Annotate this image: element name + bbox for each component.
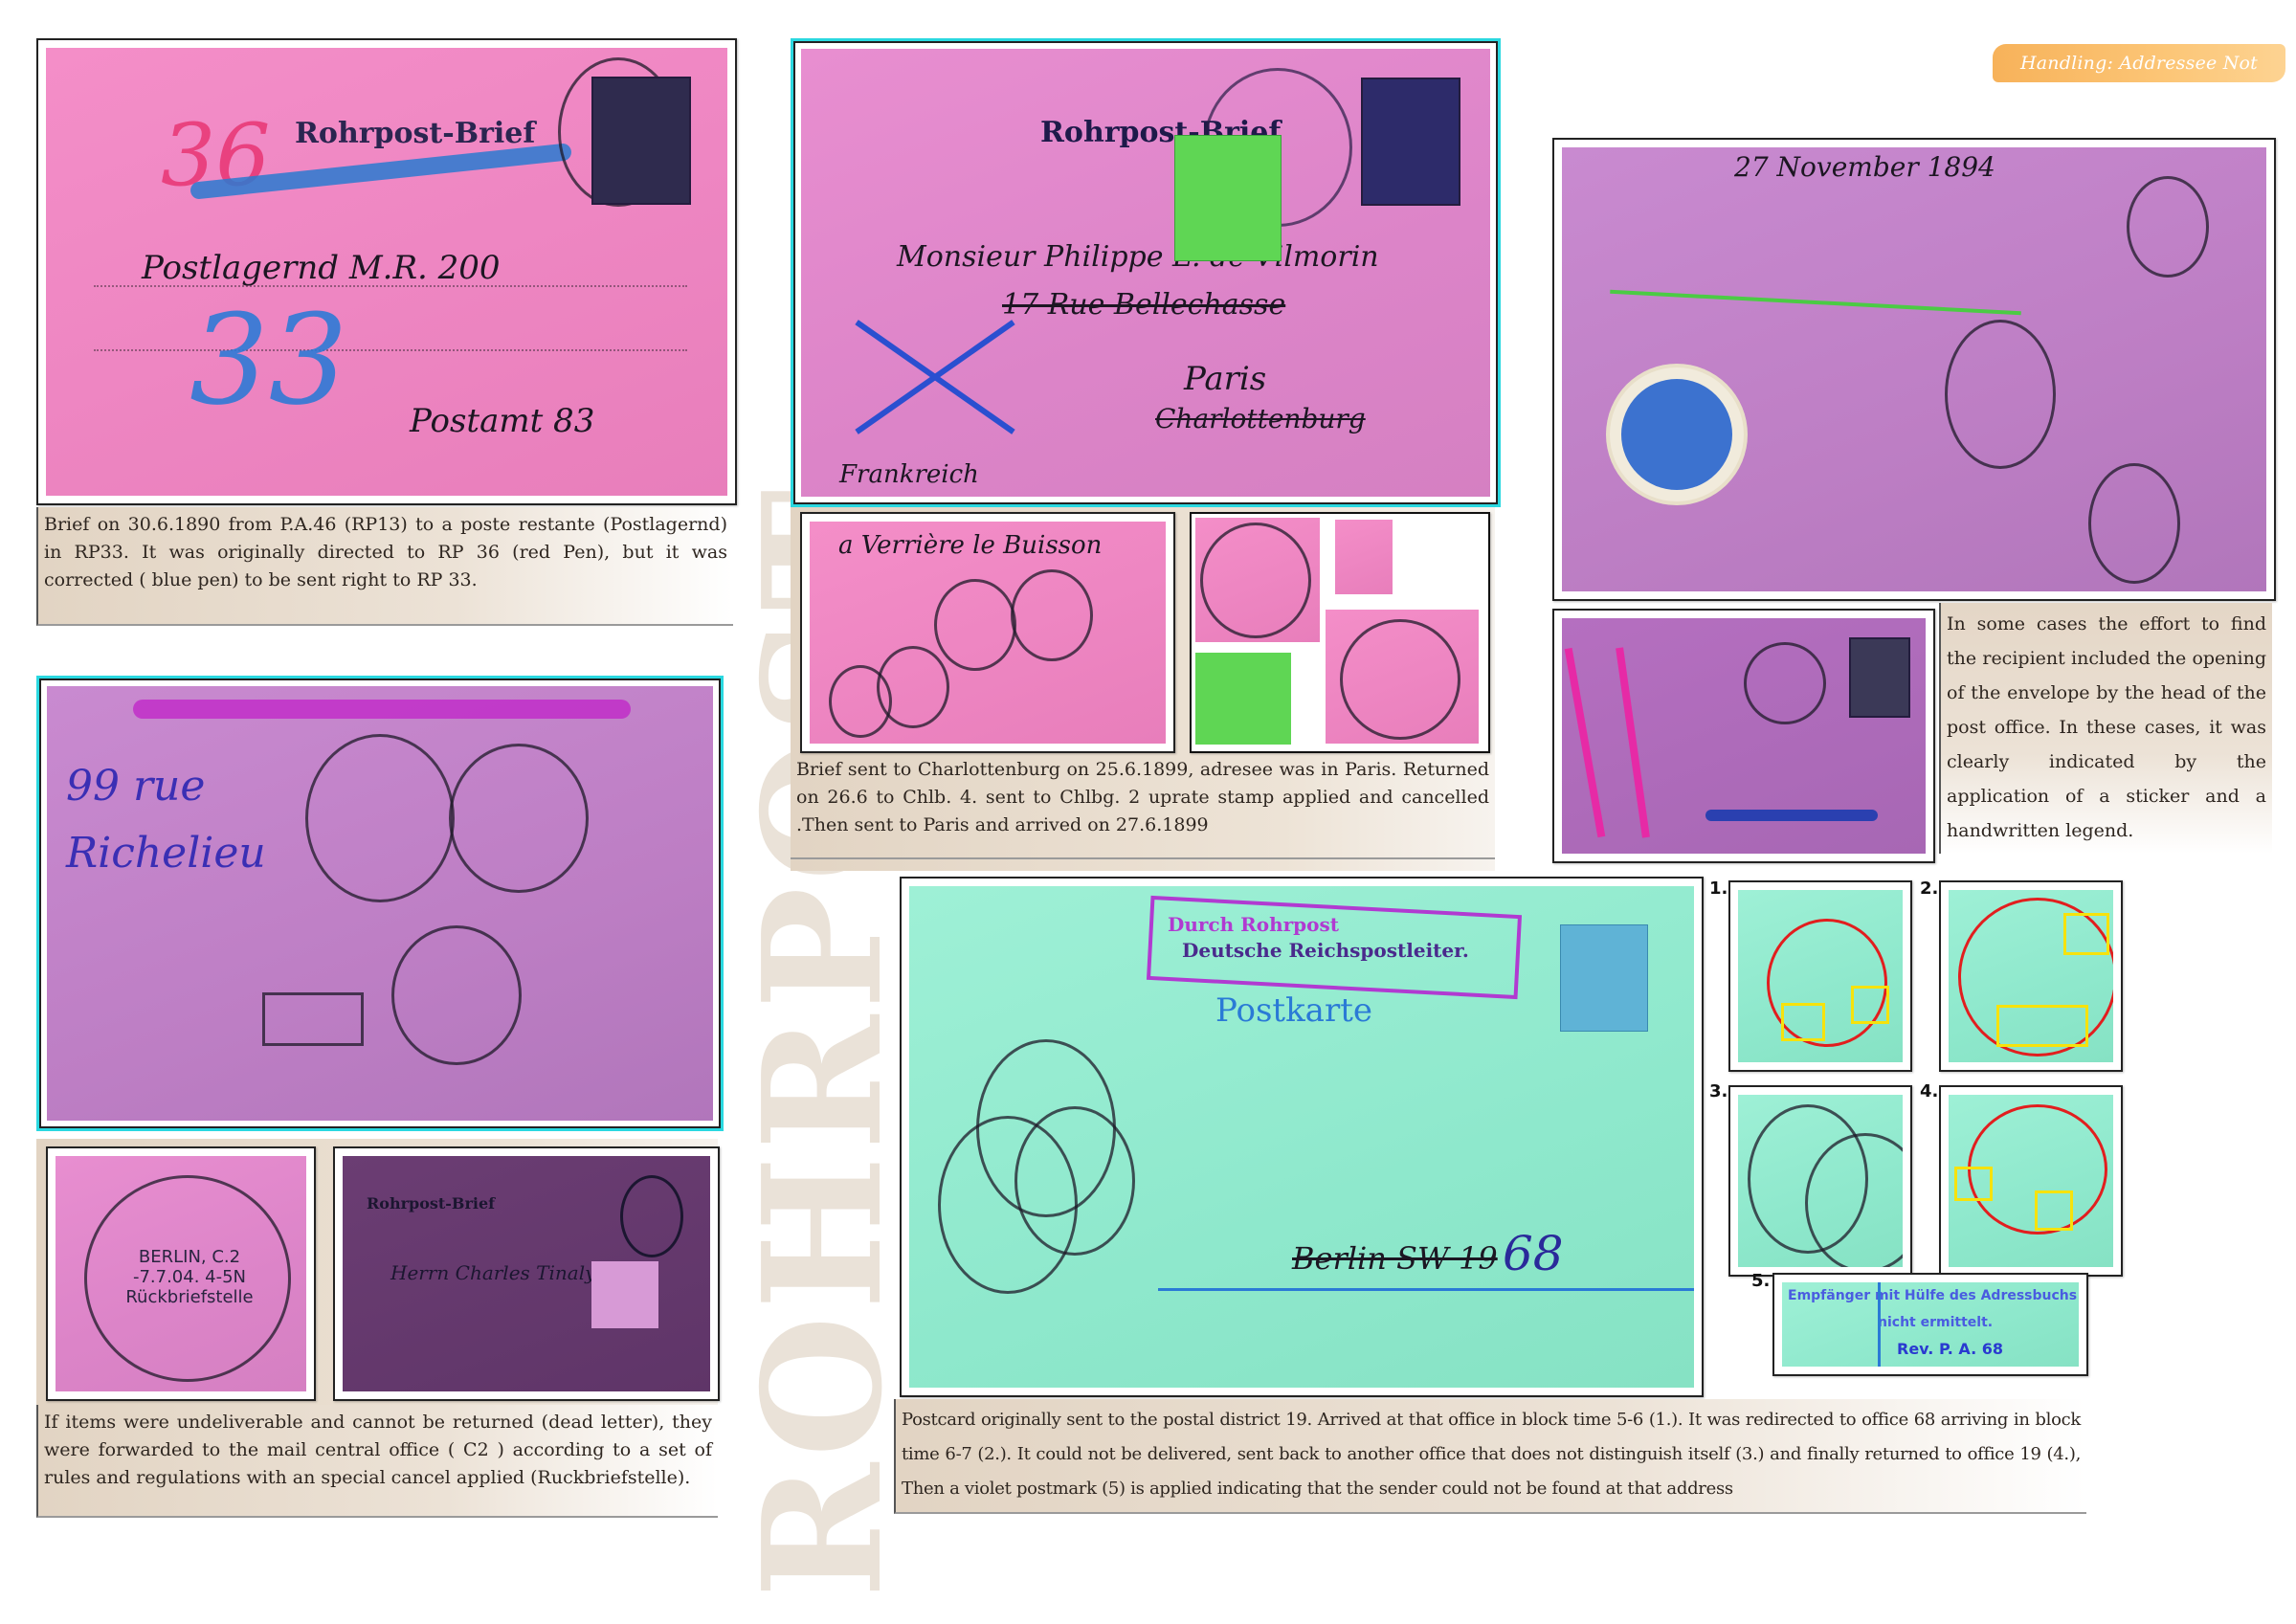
detail-label-1: 1.	[1709, 879, 1728, 899]
detail-label-5: 5.	[1751, 1271, 1770, 1291]
handwritten-address: Postlagernd M.R. 200	[142, 249, 501, 287]
dead-letter-front-frame: Rohrpost-Brief Herrn Charles Tinaly	[333, 1146, 720, 1401]
opened-envelope-front-frame	[1552, 609, 1935, 863]
handwritten-postamt: Postamt 83	[410, 402, 594, 440]
envelope-heading: Rohrpost-Brief	[367, 1194, 495, 1212]
detail-label-4: 4.	[1920, 1081, 1938, 1101]
detail-2-frame	[1939, 880, 2123, 1072]
envelope-1890-image: Rohrpost-Brief 36 Postlagernd M.R. 200 3…	[46, 48, 727, 496]
cachet-line-2: Deutsche Reichspostleiter.	[1182, 939, 1469, 962]
handwritten-blue-33: 33	[189, 287, 347, 433]
envelope-1890-frame: Rohrpost-Brief 36 Postlagernd M.R. 200 3…	[36, 38, 737, 505]
caption-brief-1890: Brief on 30.6.1890 from P.A.46 (RP13) to…	[36, 507, 733, 626]
detail-4-frame	[1939, 1085, 2123, 1277]
caption-dead-letter: If items were undeliverable and cannot b…	[36, 1405, 718, 1518]
handwritten-address: Berlin SW 19	[1292, 1240, 1498, 1277]
detail-label-2: 2.	[1920, 879, 1938, 899]
ruckbriefstelle-detail-frame: BERLIN, C.2 -7.7.04. 4-5N Rückbriefstell…	[46, 1146, 316, 1401]
handwritten-addressee: Herrn Charles Tinaly	[390, 1261, 595, 1284]
official-opening-seal	[1610, 367, 1744, 501]
nine-ten-mark-detail	[1335, 520, 1393, 594]
paris-postmark-detail	[1326, 610, 1479, 744]
ruckbriefstelle-postmark-text: BERLIN, C.2 -7.7.04. 4-5N Rückbriefstell…	[113, 1247, 266, 1307]
handwritten-charlottenburg: Charlottenburg	[1155, 403, 1366, 434]
berlin-c-postmark	[305, 734, 455, 902]
caption-postcard: Postcard originally sent to the postal d…	[894, 1399, 2086, 1514]
caption-opened-envelope: In some cases the effort to find the rec…	[1939, 603, 2272, 854]
handwritten-legend: 27 November 1894	[1734, 151, 1995, 183]
green-uprate-stamp	[1174, 135, 1282, 261]
handwritten-addressee: Monsieur Philippe L. de Vilmorin	[897, 240, 1379, 274]
ruckbriefstelle-postmark	[449, 744, 589, 893]
green-stamp-detail	[1195, 653, 1291, 745]
ruckbriefstelle-detail-image: BERLIN, C.2 -7.7.04. 4-5N Rückbriefstell…	[56, 1156, 306, 1391]
violet-postmark-line-2: nicht ermittelt.	[1878, 1315, 1993, 1330]
envelope-charlottenburg-image: Rohrpost-Brief Monsieur Philippe L. de V…	[801, 49, 1490, 497]
opened-envelope-image: 27 November 1894	[1562, 147, 2266, 591]
stamp-details-frame	[1190, 512, 1490, 753]
envelope-charlottenburg-frame: Rohrpost-Brief Monsieur Philippe L. de V…	[791, 38, 1501, 507]
reichspost-stamp	[1361, 78, 1460, 206]
violet-postmark-line-1: Empfänger mit Hülfe des Adressbuchs	[1788, 1288, 2077, 1303]
handwritten-verriere: a Verrière le Buisson	[838, 531, 1102, 560]
bestellt-postmark-detail	[1195, 518, 1320, 642]
postcard-heading: Postkarte	[1215, 991, 1372, 1030]
opened-envelope-front-image	[1562, 618, 1926, 854]
envelope-heading: Rohrpost-Brief	[295, 117, 535, 150]
dead-letter-envelope-frame: 99 rue Richelieu	[36, 676, 724, 1131]
opened-envelope-frame: 27 November 1894	[1552, 138, 2276, 601]
caption-charlottenburg: Brief sent to Charlottenburg on 25.6.189…	[791, 752, 1495, 859]
detail-5-frame: Empfänger mit Hülfe des Adressbuchs nich…	[1772, 1273, 2088, 1376]
dead-letter-front-image: Rohrpost-Brief Herrn Charles Tinaly	[343, 1156, 710, 1391]
envelope-back-detail: a Verrière le Buisson	[800, 512, 1175, 753]
violet-postmark-line-3: Rev. P. A. 68	[1897, 1340, 2003, 1358]
berlin-nw-postmark	[391, 925, 522, 1065]
handwritten-address: 99 rue Richelieu	[66, 753, 296, 887]
handwritten-paris: Paris	[1184, 360, 1266, 398]
postcard-stamp	[1560, 924, 1648, 1032]
handwritten-frankreich: Frankreich	[839, 460, 979, 489]
handwritten-68: 68	[1503, 1226, 1564, 1281]
reichspost-stamp	[591, 77, 691, 205]
section-title-banner: Handling: Addressee Not Found	[1993, 44, 2285, 82]
detail-3-frame	[1728, 1085, 1912, 1277]
postcard-image: Durch Rohrpost Deutsche Reichspostleiter…	[909, 886, 1694, 1388]
handwritten-street: 17 Rue Bellechasse	[1002, 288, 1285, 322]
p-postmark	[2127, 176, 2209, 278]
detail-label-3: 3.	[1709, 1081, 1728, 1101]
cachet-line-1: Durch Rohrpost	[1168, 913, 1339, 936]
postcard-frame: Durch Rohrpost Deutsche Reichspostleiter…	[900, 877, 1704, 1397]
dead-letter-envelope-image: 99 rue Richelieu	[47, 686, 713, 1121]
box-3-mark	[262, 992, 364, 1046]
detail-1-frame	[1728, 880, 1912, 1072]
